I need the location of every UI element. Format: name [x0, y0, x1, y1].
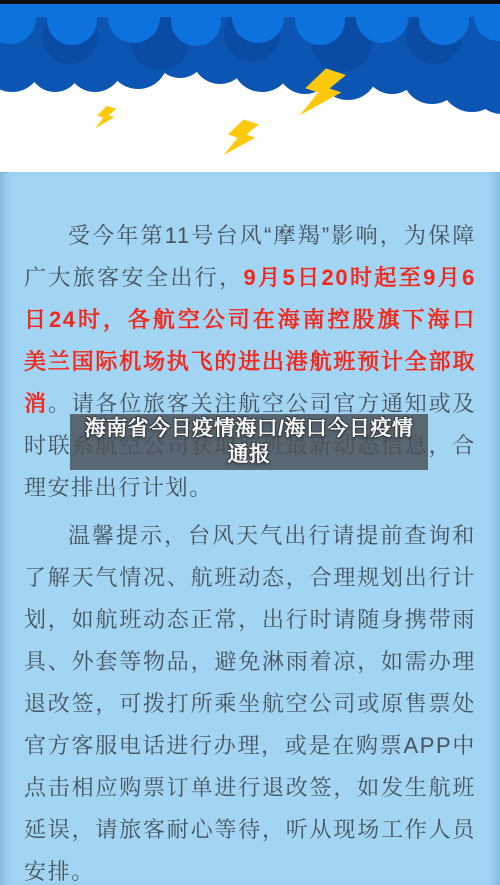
storm-sky: [0, 4, 500, 172]
storm-cloud: [0, 4, 500, 114]
notice-panel: 受今年第11号台风“摩羯”影响，为保障广大旅客安全出行，9月5日20时起至9月6…: [0, 172, 500, 885]
storm-cloud-illustration: [0, 4, 500, 172]
notice-paragraph-2: 温馨提示，台风天气出行请提前查询和了解天气情况、航班动态，合理规划出行计划，如航…: [24, 515, 476, 885]
video-caption-overlay: 海南省今日疫情海口/海口今日疫情 通报: [70, 414, 428, 470]
caption-line-1: 海南省今日疫情海口/海口今日疫情: [85, 416, 414, 442]
typhoon-notice-page: 受今年第11号台风“摩羯”影响，为保障广大旅客安全出行，9月5日20时起至9月6…: [0, 0, 500, 885]
caption-line-2: 通报: [228, 442, 271, 468]
